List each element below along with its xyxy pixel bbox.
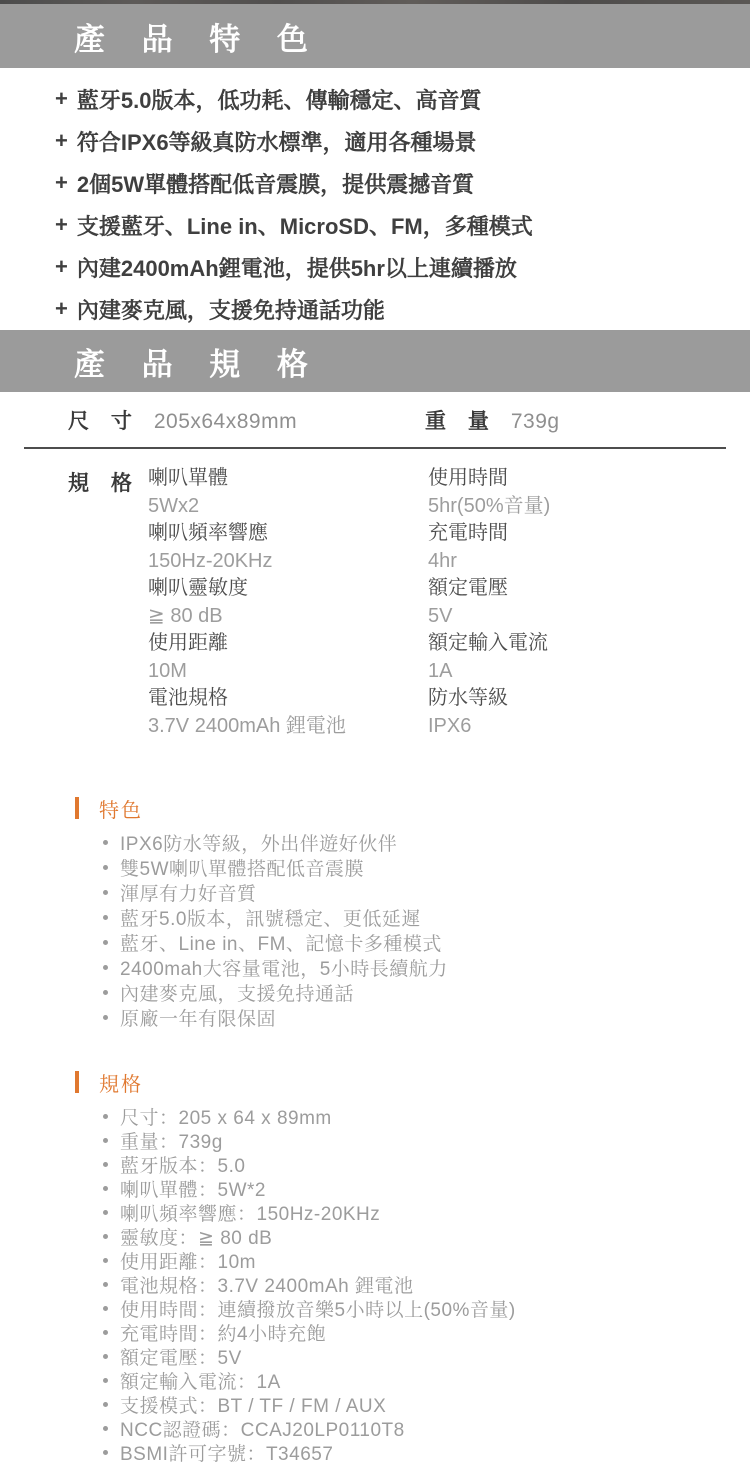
plus-bullet: + bbox=[55, 296, 68, 322]
spec-pair: 額定輸入電流 1A bbox=[428, 630, 550, 685]
spec-value: 10M bbox=[148, 658, 428, 686]
spec-value: ≧ 80 dB bbox=[148, 603, 428, 631]
spec-list-item: NCC認證碼：CCAJ20LP0110T8 bbox=[103, 1416, 750, 1440]
bullet-dot bbox=[103, 1234, 108, 1239]
highlight-item: 內建麥克風，支援免持通話 bbox=[103, 980, 750, 1005]
highlight-text: 2400mah大容量電池，5小時長續航力 bbox=[120, 954, 448, 981]
bullet-dot bbox=[103, 1186, 108, 1191]
bullet-dot bbox=[103, 990, 108, 995]
features-title-bar: 產 品 特 色 bbox=[0, 4, 750, 68]
dimension-value: 205x64x89mm bbox=[154, 410, 297, 434]
spec-list-text: 喇叭單體：5W*2 bbox=[120, 1175, 266, 1202]
dimension-pair: 尺 寸 205x64x89mm bbox=[68, 405, 425, 435]
spec-table-label: 規 格 bbox=[68, 465, 148, 740]
feature-text: 支援藍牙、Line in、MicroSD、FM，多種模式 bbox=[77, 210, 533, 241]
spec-key: 使用距離 bbox=[148, 630, 428, 658]
highlight-text: 內建麥克風，支援免持通話 bbox=[120, 979, 354, 1006]
spec-list-text: 額定電壓：5V bbox=[120, 1343, 242, 1370]
spec-list-text: 靈敏度：≧ 80 dB bbox=[120, 1223, 272, 1250]
spec-pair: 防水等級 IPX6 bbox=[428, 685, 550, 740]
bullet-dot bbox=[103, 965, 108, 970]
spec-pair: 喇叭頻率響應 150Hz-20KHz bbox=[148, 520, 428, 575]
feature-item: + 內建2400mAh鋰電池，提供5hr以上連續播放 bbox=[55, 246, 750, 288]
spec-table: 規 格 喇叭單體 5Wx2 喇叭頻率響應 150Hz-20KHz 喇叭靈敏度 ≧… bbox=[0, 465, 750, 740]
spec-list-item: 靈敏度：≧ 80 dB bbox=[103, 1224, 750, 1248]
highlight-text: 原廠一年有限保固 bbox=[120, 1004, 276, 1031]
feature-item: + 符合IPX6等級真防水標準，適用各種場景 bbox=[55, 120, 750, 162]
bullet-dot bbox=[103, 1306, 108, 1311]
highlight-item: 渾厚有力好音質 bbox=[103, 880, 750, 905]
spec-key: 喇叭靈敏度 bbox=[148, 575, 428, 603]
specs-section-title: 產 品 規 格 bbox=[74, 339, 322, 384]
spec-list-text: 重量：739g bbox=[120, 1127, 223, 1154]
spec-value: 4hr bbox=[428, 548, 550, 576]
bullet-dot bbox=[103, 840, 108, 845]
highlights-heading: 特色 bbox=[75, 796, 750, 820]
spec-list-section: 規格 尺寸：205 x 64 x 89mm 重量：739g 藍牙版本：5.0 喇… bbox=[75, 1070, 750, 1464]
feature-text: 內建2400mAh鋰電池，提供5hr以上連續播放 bbox=[77, 252, 517, 283]
spec-list-text: 尺寸：205 x 64 x 89mm bbox=[120, 1103, 332, 1130]
feature-text: 符合IPX6等級真防水標準，適用各種場景 bbox=[77, 126, 477, 157]
weight-label: 重 量 bbox=[425, 405, 497, 435]
specs-title-bar: 產 品 規 格 bbox=[0, 330, 750, 392]
spec-list-text: 使用距離：10m bbox=[120, 1247, 256, 1274]
dimension-label: 尺 寸 bbox=[68, 405, 140, 435]
spec-list-item: 使用時間：連續撥放音樂5小時以上(50%音量) bbox=[103, 1296, 750, 1320]
spec-column-right: 使用時間 5hr(50%音量) 充電時間 4hr 額定電壓 5V 額定輸入電流 … bbox=[428, 465, 550, 740]
spec-list-text: 喇叭頻率響應：150Hz-20KHz bbox=[120, 1199, 380, 1226]
plus-bullet: + bbox=[55, 86, 68, 112]
divider-line bbox=[24, 447, 726, 449]
spec-key: 充電時間 bbox=[428, 520, 550, 548]
weight-value: 739g bbox=[511, 410, 560, 434]
spec-list-item: 喇叭頻率響應：150Hz-20KHz bbox=[103, 1200, 750, 1224]
spec-value: 1A bbox=[428, 658, 550, 686]
spec-list-text: 電池規格：3.7V 2400mAh 鋰電池 bbox=[120, 1271, 413, 1298]
spec-list-text: 充電時間：約4小時充飽 bbox=[120, 1319, 326, 1346]
spec-list-item: 喇叭單體：5W*2 bbox=[103, 1176, 750, 1200]
highlight-text: 渾厚有力好音質 bbox=[120, 879, 257, 906]
weight-pair: 重 量 739g bbox=[425, 405, 560, 435]
spec-list: 尺寸：205 x 64 x 89mm 重量：739g 藍牙版本：5.0 喇叭單體… bbox=[103, 1104, 750, 1464]
highlights-section: 特色 IPX6防水等級，外出伴遊好伙伴 雙5W喇叭單體搭配低音震膜 渾厚有力好音… bbox=[75, 796, 750, 1030]
highlights-heading-text: 特色 bbox=[99, 794, 143, 823]
spec-list-item: BSMI許可字號：T34657 bbox=[103, 1440, 750, 1464]
highlight-item: 藍牙5.0版本，訊號穩定、更低延遲 bbox=[103, 905, 750, 930]
feature-item: + 藍牙5.0版本，低功耗、傳輸穩定、高音質 bbox=[55, 78, 750, 120]
highlight-text: 藍牙5.0版本，訊號穩定、更低延遲 bbox=[120, 904, 421, 931]
bullet-dot bbox=[103, 865, 108, 870]
highlight-text: IPX6防水等級，外出伴遊好伙伴 bbox=[120, 829, 397, 856]
bullet-dot bbox=[103, 1258, 108, 1263]
spec-value: IPX6 bbox=[428, 713, 550, 741]
spec-list-item: 藍牙版本：5.0 bbox=[103, 1152, 750, 1176]
bullet-dot bbox=[103, 1378, 108, 1383]
spec-list-item: 支援模式：BT / TF / FM / AUX bbox=[103, 1392, 750, 1416]
plus-bullet: + bbox=[55, 212, 68, 238]
plus-bullet: + bbox=[55, 128, 68, 154]
spec-key: 使用時間 bbox=[428, 465, 550, 493]
highlight-item: 原廠一年有限保固 bbox=[103, 1005, 750, 1030]
spec-key: 防水等級 bbox=[428, 685, 550, 713]
spec-list-item: 額定電壓：5V bbox=[103, 1344, 750, 1368]
orange-accent-bar bbox=[75, 797, 79, 819]
spec-list-item: 充電時間：約4小時充飽 bbox=[103, 1320, 750, 1344]
spec-list-item: 額定輸入電流：1A bbox=[103, 1368, 750, 1392]
feature-text: 內建麥克風，支援免持通話功能 bbox=[77, 294, 385, 325]
spec-key: 額定輸入電流 bbox=[428, 630, 550, 658]
plus-bullet: + bbox=[55, 254, 68, 280]
bullet-dot bbox=[103, 1210, 108, 1215]
spec-list-text: 支援模式：BT / TF / FM / AUX bbox=[120, 1391, 386, 1418]
highlight-text: 藍牙、Line in、FM、記憶卡多種模式 bbox=[120, 929, 442, 956]
highlights-list: IPX6防水等級，外出伴遊好伙伴 雙5W喇叭單體搭配低音震膜 渾厚有力好音質 藍… bbox=[103, 830, 750, 1030]
highlight-text: 雙5W喇叭單體搭配低音震膜 bbox=[120, 854, 364, 881]
highlight-item: IPX6防水等級，外出伴遊好伙伴 bbox=[103, 830, 750, 855]
bullet-dot bbox=[103, 1162, 108, 1167]
spec-key: 電池規格 bbox=[148, 685, 428, 713]
feature-item: + 支援藍牙、Line in、MicroSD、FM，多種模式 bbox=[55, 204, 750, 246]
product-detail-page: 產 品 特 色 + 藍牙5.0版本，低功耗、傳輸穩定、高音質 + 符合IPX6等… bbox=[0, 0, 750, 1467]
spec-list-text: 額定輸入電流：1A bbox=[120, 1367, 281, 1394]
spec-list-heading: 規格 bbox=[75, 1070, 750, 1094]
spec-value: 5Wx2 bbox=[148, 493, 428, 521]
bullet-dot bbox=[103, 1282, 108, 1287]
bullet-dot bbox=[103, 1330, 108, 1335]
spec-list-item: 使用距離：10m bbox=[103, 1248, 750, 1272]
spec-value: 5hr(50%音量) bbox=[428, 493, 550, 521]
spec-column-left: 喇叭單體 5Wx2 喇叭頻率響應 150Hz-20KHz 喇叭靈敏度 ≧ 80 … bbox=[148, 465, 428, 740]
spec-list-heading-text: 規格 bbox=[99, 1068, 143, 1097]
spec-list-item: 重量：739g bbox=[103, 1128, 750, 1152]
features-list: + 藍牙5.0版本，低功耗、傳輸穩定、高音質 + 符合IPX6等級真防水標準，適… bbox=[0, 68, 750, 330]
bullet-dot bbox=[103, 1450, 108, 1455]
spec-key: 額定電壓 bbox=[428, 575, 550, 603]
spec-pair: 喇叭單體 5Wx2 bbox=[148, 465, 428, 520]
spec-key: 喇叭頻率響應 bbox=[148, 520, 428, 548]
bullet-dot bbox=[103, 915, 108, 920]
bullet-dot bbox=[103, 1426, 108, 1431]
feature-text: 藍牙5.0版本，低功耗、傳輸穩定、高音質 bbox=[77, 84, 482, 115]
feature-text: 2個5W單體搭配低音震膜，提供震撼音質 bbox=[77, 168, 474, 199]
bullet-dot bbox=[103, 1354, 108, 1359]
spec-list-text: NCC認證碼：CCAJ20LP0110T8 bbox=[120, 1415, 405, 1442]
bullet-dot bbox=[103, 890, 108, 895]
features-section-title: 產 品 特 色 bbox=[74, 14, 322, 59]
spec-value: 5V bbox=[428, 603, 550, 631]
feature-item: + 2個5W單體搭配低音震膜，提供震撼音質 bbox=[55, 162, 750, 204]
spec-value: 150Hz-20KHz bbox=[148, 548, 428, 576]
orange-accent-bar bbox=[75, 1071, 79, 1093]
spec-pair: 充電時間 4hr bbox=[428, 520, 550, 575]
spec-pair: 喇叭靈敏度 ≧ 80 dB bbox=[148, 575, 428, 630]
spec-list-text: BSMI許可字號：T34657 bbox=[120, 1439, 333, 1466]
dimensions-weight-row: 尺 寸 205x64x89mm 重 量 739g bbox=[0, 406, 750, 434]
bullet-dot bbox=[103, 1402, 108, 1407]
spec-pair: 額定電壓 5V bbox=[428, 575, 550, 630]
highlight-item: 2400mah大容量電池，5小時長續航力 bbox=[103, 955, 750, 980]
bullet-dot bbox=[103, 940, 108, 945]
spec-list-item: 電池規格：3.7V 2400mAh 鋰電池 bbox=[103, 1272, 750, 1296]
spec-pair: 使用距離 10M bbox=[148, 630, 428, 685]
spec-key: 喇叭單體 bbox=[148, 465, 428, 493]
bullet-dot bbox=[103, 1114, 108, 1119]
spec-pair: 電池規格 3.7V 2400mAh 鋰電池 bbox=[148, 685, 428, 740]
spec-value: 3.7V 2400mAh 鋰電池 bbox=[148, 713, 428, 741]
highlight-item: 藍牙、Line in、FM、記憶卡多種模式 bbox=[103, 930, 750, 955]
highlight-item: 雙5W喇叭單體搭配低音震膜 bbox=[103, 855, 750, 880]
feature-item: + 內建麥克風，支援免持通話功能 bbox=[55, 288, 750, 330]
spec-pair: 使用時間 5hr(50%音量) bbox=[428, 465, 550, 520]
spec-list-text: 藍牙版本：5.0 bbox=[120, 1151, 245, 1178]
plus-bullet: + bbox=[55, 170, 68, 196]
spec-list-text: 使用時間：連續撥放音樂5小時以上(50%音量) bbox=[120, 1295, 516, 1322]
bullet-dot bbox=[103, 1138, 108, 1143]
spec-list-item: 尺寸：205 x 64 x 89mm bbox=[103, 1104, 750, 1128]
bullet-dot bbox=[103, 1015, 108, 1020]
